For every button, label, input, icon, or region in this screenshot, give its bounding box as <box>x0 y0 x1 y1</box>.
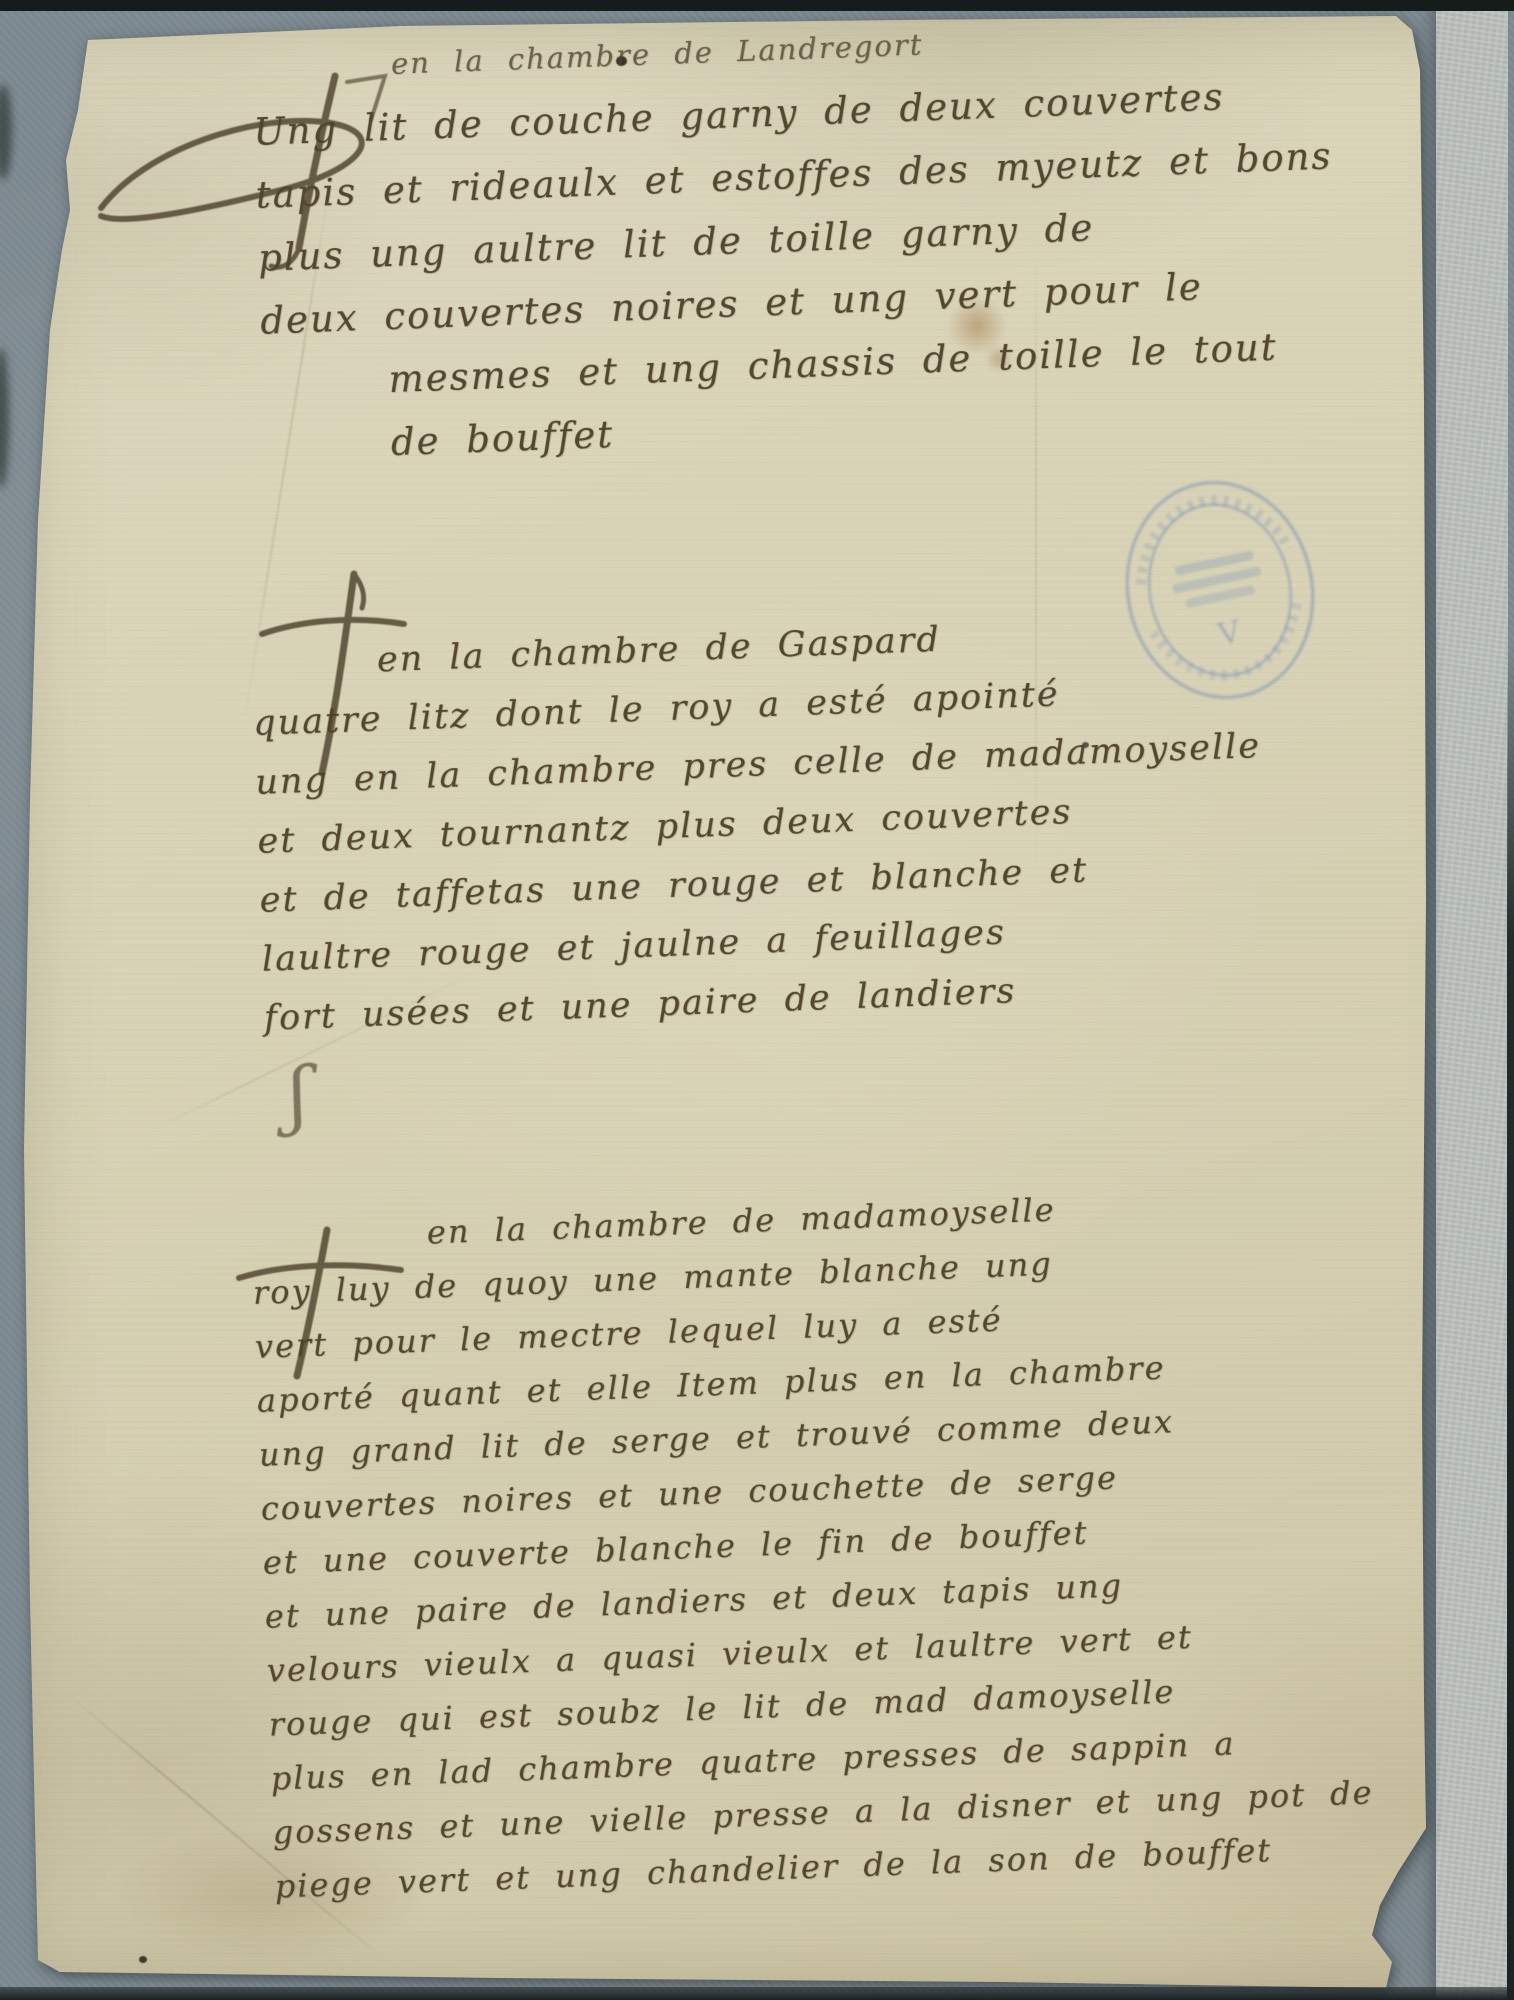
archive-scan: en la chambre de Landregort Ung lit de c… <box>0 0 1514 2000</box>
scan-border-top <box>0 0 1514 11</box>
scan-border-right <box>1507 640 1514 2000</box>
paper-edge-shading <box>0 0 1514 2000</box>
manuscript-sheet-wrap: en la chambre de Landregort Ung lit de c… <box>0 0 1514 2000</box>
scan-border-bottom <box>0 1987 1514 2000</box>
manuscript-sheet: en la chambre de Landregort Ung lit de c… <box>0 0 1514 2000</box>
